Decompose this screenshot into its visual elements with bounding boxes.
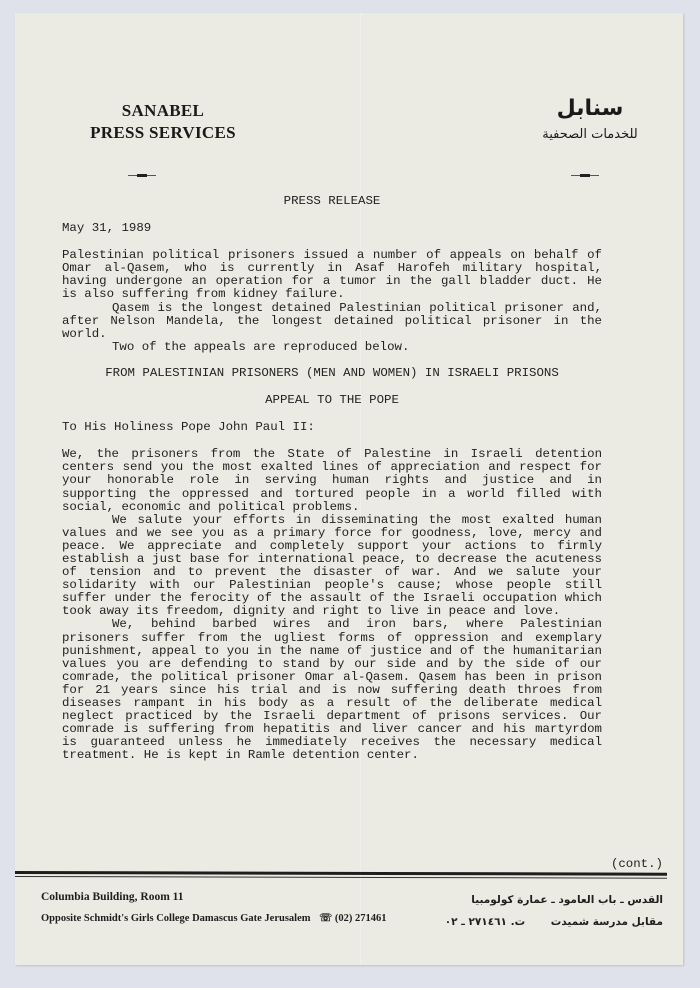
footer-building: Columbia Building, Room 11 [41,887,387,907]
appeal-paragraph: We, the prisoners from the State of Pale… [62,448,602,513]
document-date: May 31, 1989 [62,222,602,235]
footer-location-text: Opposite Schmidt's Girls College Damascu… [41,913,310,924]
footer-arabic-address: القدس ـ باب العامود ـ عمارة كولومبيا مقا… [433,891,663,931]
letterhead-arabic-subtitle: للخدمات الصحفية [515,125,665,145]
intro-paragraph: Qasem is the longest detained Palestinia… [62,302,602,341]
letterhead-arabic-name: سنابل [515,95,665,123]
document-body: PRESS RELEASE May 31, 1989 Palestinian p… [62,195,602,762]
letterhead-org-name: SANABEL [73,100,253,122]
telephone-icon: ☏ [319,913,332,924]
footer-rule-thin [15,876,667,879]
letterhead-english: SANABEL PRESS SERVICES [73,100,253,144]
footer-arabic-phone: ت. ٢٧١٤٦١ ـ ٠٢ [445,916,525,928]
salutation: To His Holiness Pope John Paul II: [62,421,602,434]
letterhead-arabic: سنابل للخدمات الصحفية [515,95,665,145]
appeal-title: APPEAL TO THE POPE [62,394,602,407]
appeal-paragraph: We salute your efforts in disseminating … [62,514,602,619]
footer-location: Opposite Schmidt's Girls College Damascu… [41,909,387,929]
footer-rule-thick [15,871,667,876]
intro-paragraph: Two of the appeals are reproduced below. [62,341,602,354]
footer-arabic-line1: القدس ـ باب العامود ـ عمارة كولومبيا [433,891,663,909]
intro-paragraph: Palestinian political prisoners issued a… [62,249,602,301]
ornament-dash-right [571,175,599,176]
footer-arabic-line2: مقابل مدرسة شميدت ت. ٢٧١٤٦١ ـ ٠٢ [433,913,663,931]
continuation-marker: (cont.) [611,857,663,871]
ornament-dash-left [128,175,156,176]
footer-arabic-place: مقابل مدرسة شميدت [551,916,663,928]
footer-phone: (02) 271461 [335,913,387,924]
appeal-paragraph: We, behind barbed wires and iron bars, w… [62,618,602,762]
press-release-heading: PRESS RELEASE [62,195,602,208]
section-heading: FROM PALESTINIAN PRISONERS (MEN AND WOME… [62,367,602,380]
footer-english-address: Columbia Building, Room 11 Opposite Schm… [41,887,387,929]
document-page: SANABEL PRESS SERVICES سنابل للخدمات الص… [15,13,683,965]
letterhead-org-subtitle: PRESS SERVICES [73,122,253,144]
